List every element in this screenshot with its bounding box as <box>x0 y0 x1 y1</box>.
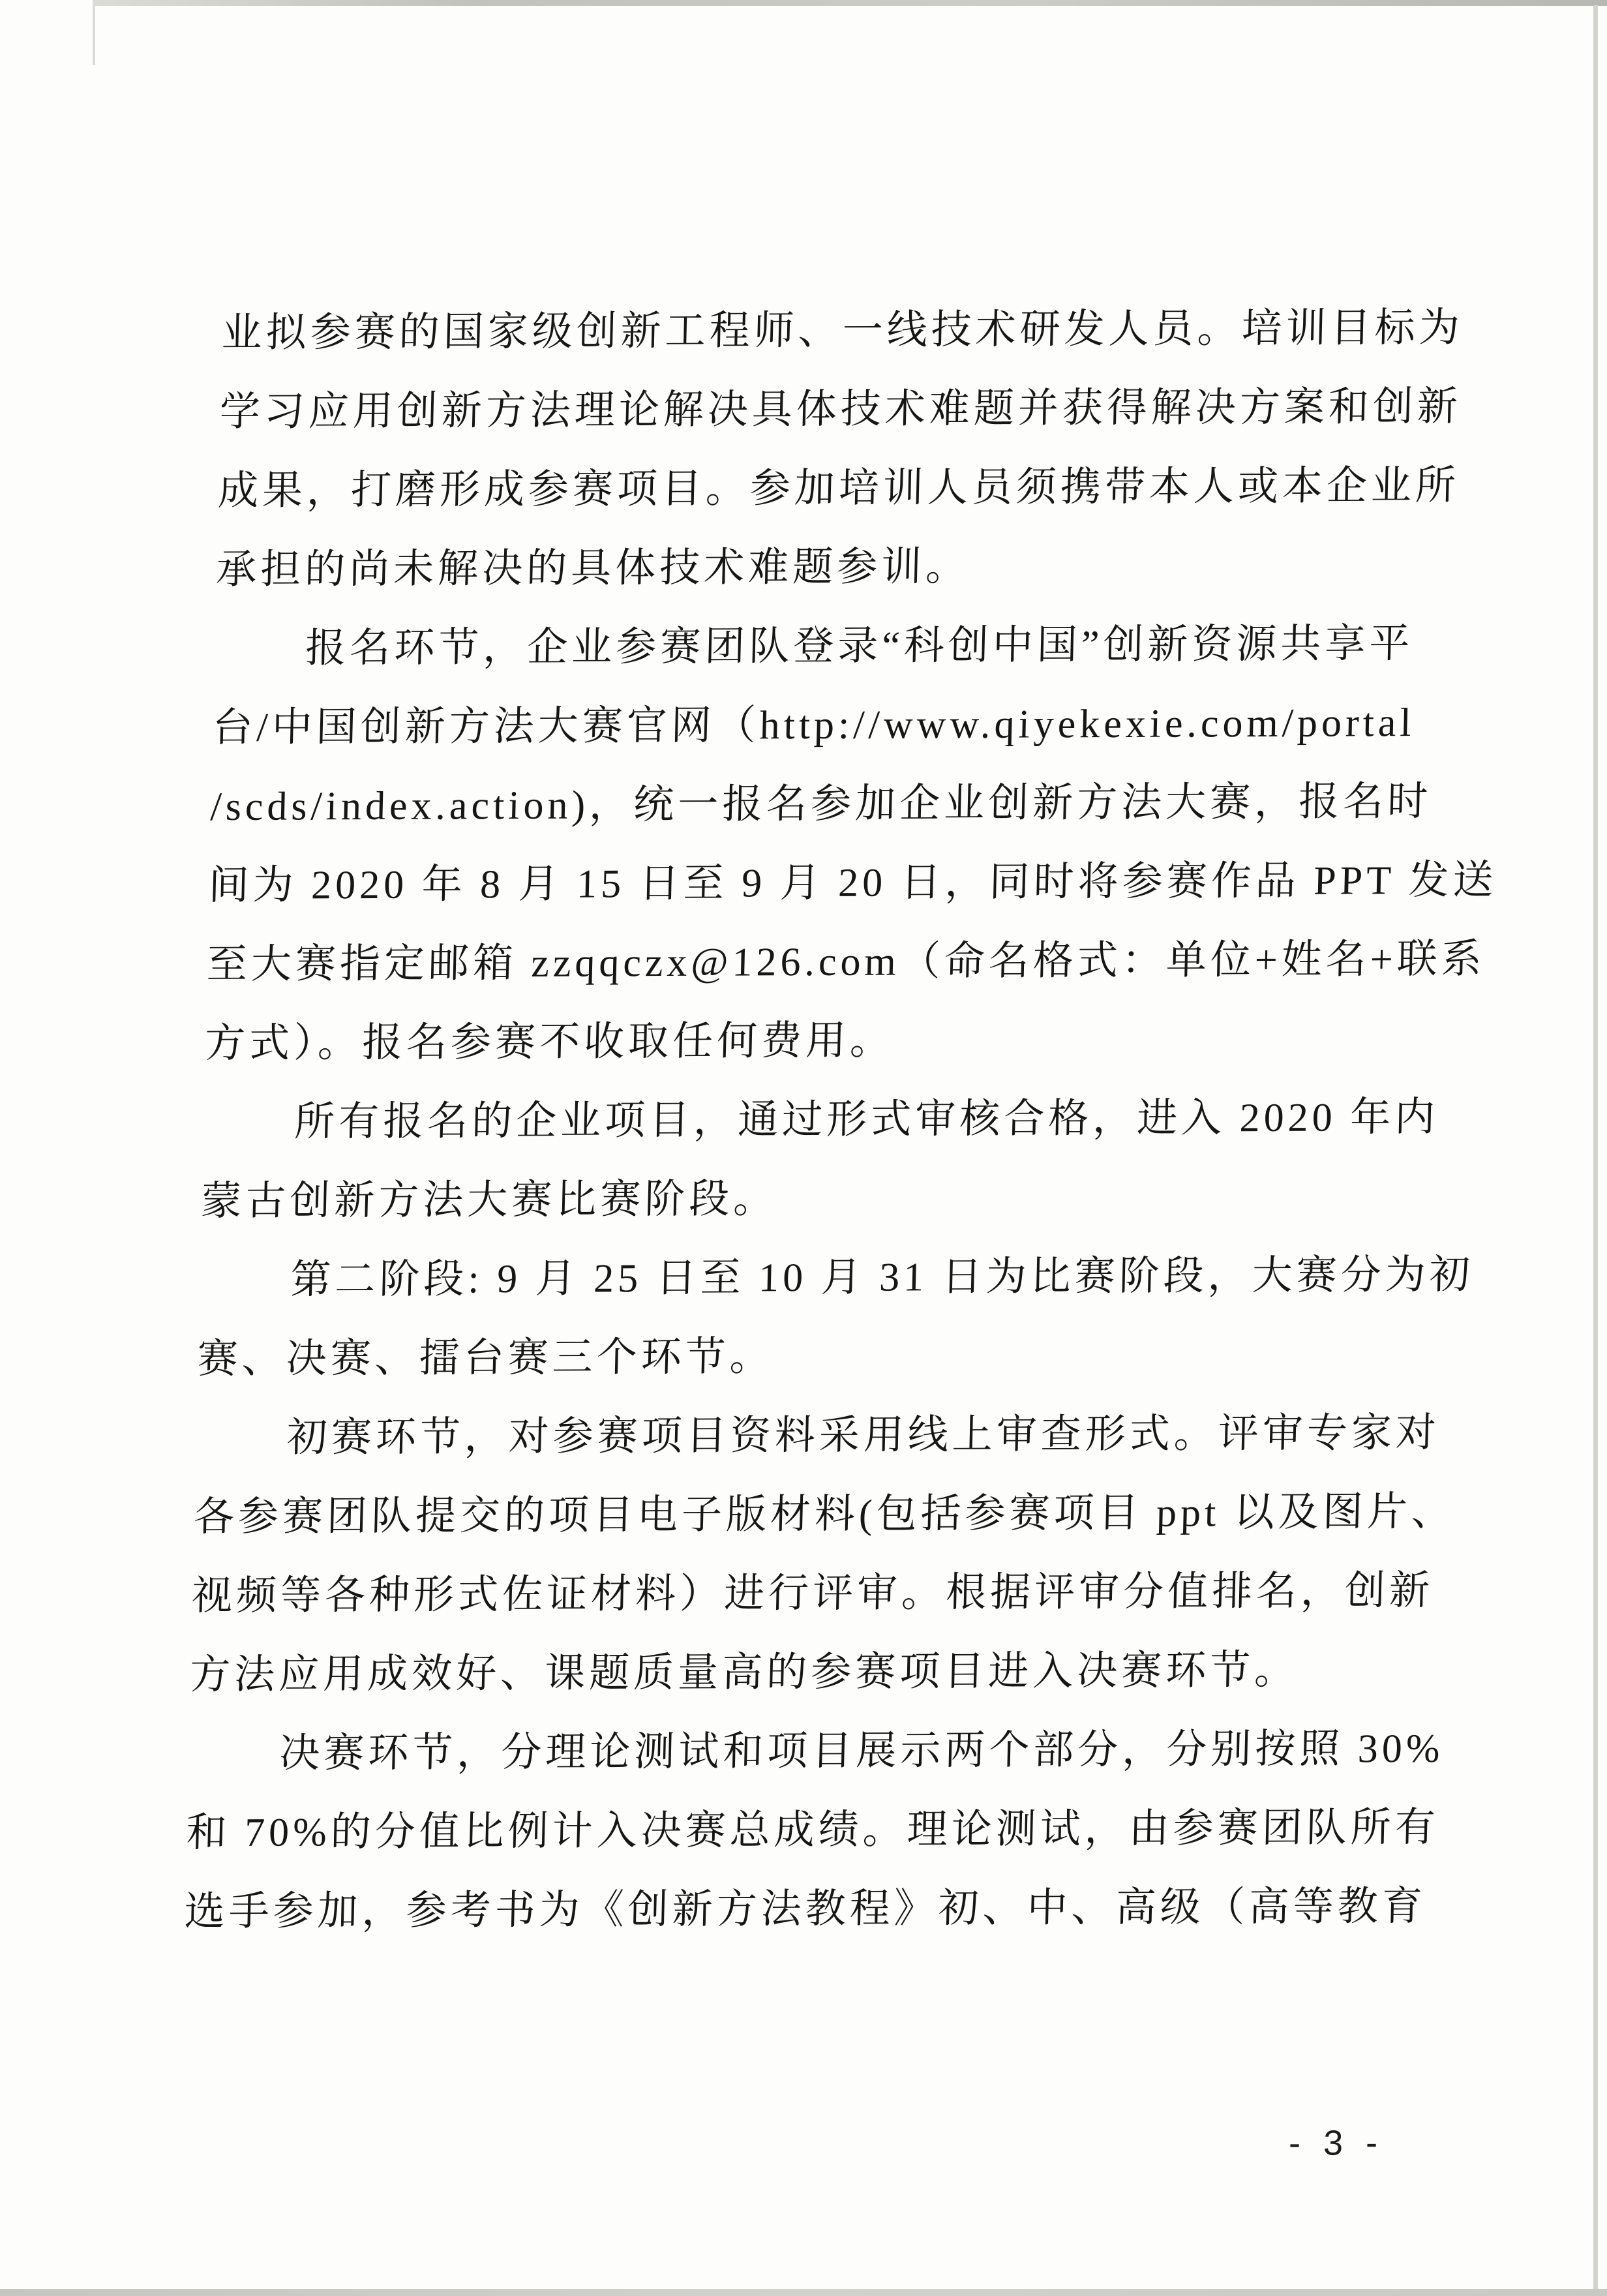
text-line: 视频等各种形式佐证材料）进行评审。根据评审分值排名，创新 <box>191 1552 1380 1636</box>
text-line: /scds/index.action)，统一报名参加企业创新方法大赛，报名时 <box>209 763 1398 847</box>
text-line: 第二阶段: 9 月 25 日至 10 月 31 日为比赛阶段，大赛分为初 <box>198 1236 1387 1320</box>
document-body: 业拟参赛的国家级创新工程师、一线技术研发人员。培训目标为学习应用创新方法理论解决… <box>183 289 1409 1952</box>
text-line: 蒙古创新方法大赛比赛阶段。 <box>200 1157 1389 1241</box>
text-line: 赛、决赛、擂台赛三个环节。 <box>196 1315 1385 1399</box>
text-line: 成果，打磨形成参赛项目。参加培训人员须携带本人或本企业所 <box>217 447 1406 531</box>
text-line: 选手参加，参考书为《创新方法教程》初、中、高级（高等教育 <box>183 1867 1372 1952</box>
text-line: 报名环节，企业参赛团队登录“科创中国”创新资源共享平 <box>213 605 1402 689</box>
text-line: 学习应用创新方法理论解决具体技术难题并获得解决方案和创新 <box>218 368 1407 452</box>
text-line: 决赛环节，分理论测试和项目展示两个部分，分别按照 30% <box>187 1710 1376 1794</box>
scan-content: 业拟参赛的国家级创新工程师、一线技术研发人员。培训目标为学习应用创新方法理论解决… <box>0 0 1607 2296</box>
text-line: 初赛环节，对参赛项目资料采用线上审查形式。评审专家对 <box>194 1394 1383 1478</box>
text-line: 业拟参赛的国家级创新工程师、一线技术研发人员。培训目标为 <box>220 289 1409 373</box>
document-page: 业拟参赛的国家级创新工程师、一线技术研发人员。培训目标为学习应用创新方法理论解决… <box>0 0 1607 2296</box>
text-line: 所有报名的企业项目，通过形式审核合格，进入 2020 年内 <box>202 1078 1391 1162</box>
text-line: 各参赛团队提交的项目电子版材料(包括参赛项目 ppt 以及图片、 <box>193 1473 1382 1557</box>
text-line: 方法应用成效好、课题质量高的参赛项目进入决赛环节。 <box>189 1631 1378 1715</box>
text-line: 台/中国创新方法大赛官网（http://www.qiyekexie.com/po… <box>211 684 1400 768</box>
text-line: 承担的尚未解决的具体技术难题参训。 <box>215 526 1404 610</box>
page-number: - 3 - <box>1277 2120 1396 2166</box>
text-line: 和 70%的分值比例计入决赛总成绩。理论测试，由参赛团队所有 <box>185 1789 1374 1873</box>
text-line: 至大赛指定邮箱 zzqqczx@126.com（命名格式：单位+姓名+联系 <box>205 920 1394 1004</box>
text-line: 间为 2020 年 8 月 15 日至 9 月 20 日，同时将参赛作品 PPT… <box>207 841 1396 926</box>
text-line: 方式）。报名参赛不收取任何费用。 <box>204 999 1393 1083</box>
